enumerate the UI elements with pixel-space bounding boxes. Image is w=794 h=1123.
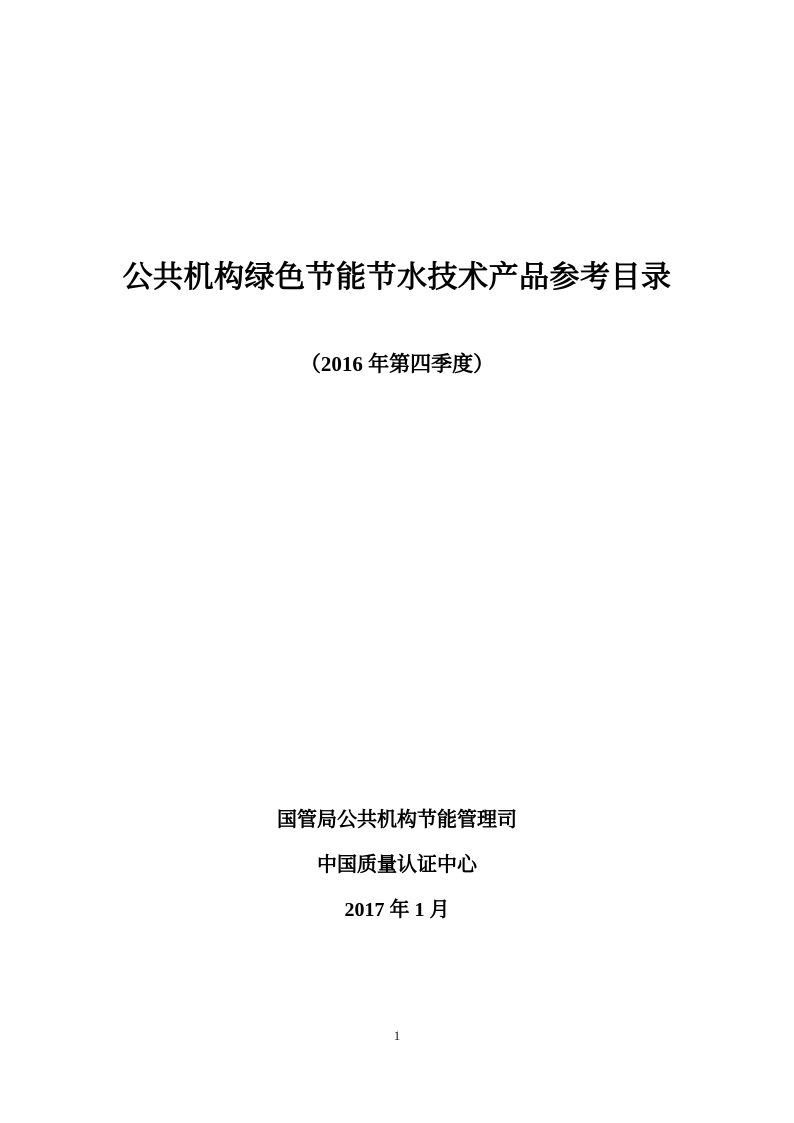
document-page: 公共机构绿色节能节水技术产品参考目录 （2016 年第四季度） 国管局公共机构节… [0,0,794,1123]
publication-date: 2017 年 1 月 [0,896,794,924]
publisher-primary: 国管局公共机构节能管理司 [0,806,794,834]
publisher-block: 国管局公共机构节能管理司 中国质量认证中心 2017 年 1 月 [0,806,794,924]
page-number: 1 [0,1027,794,1045]
document-subtitle: （2016 年第四季度） [0,347,794,381]
publisher-secondary: 中国质量认证中心 [0,851,794,879]
document-title: 公共机构绿色节能节水技术产品参考目录 [0,256,794,300]
